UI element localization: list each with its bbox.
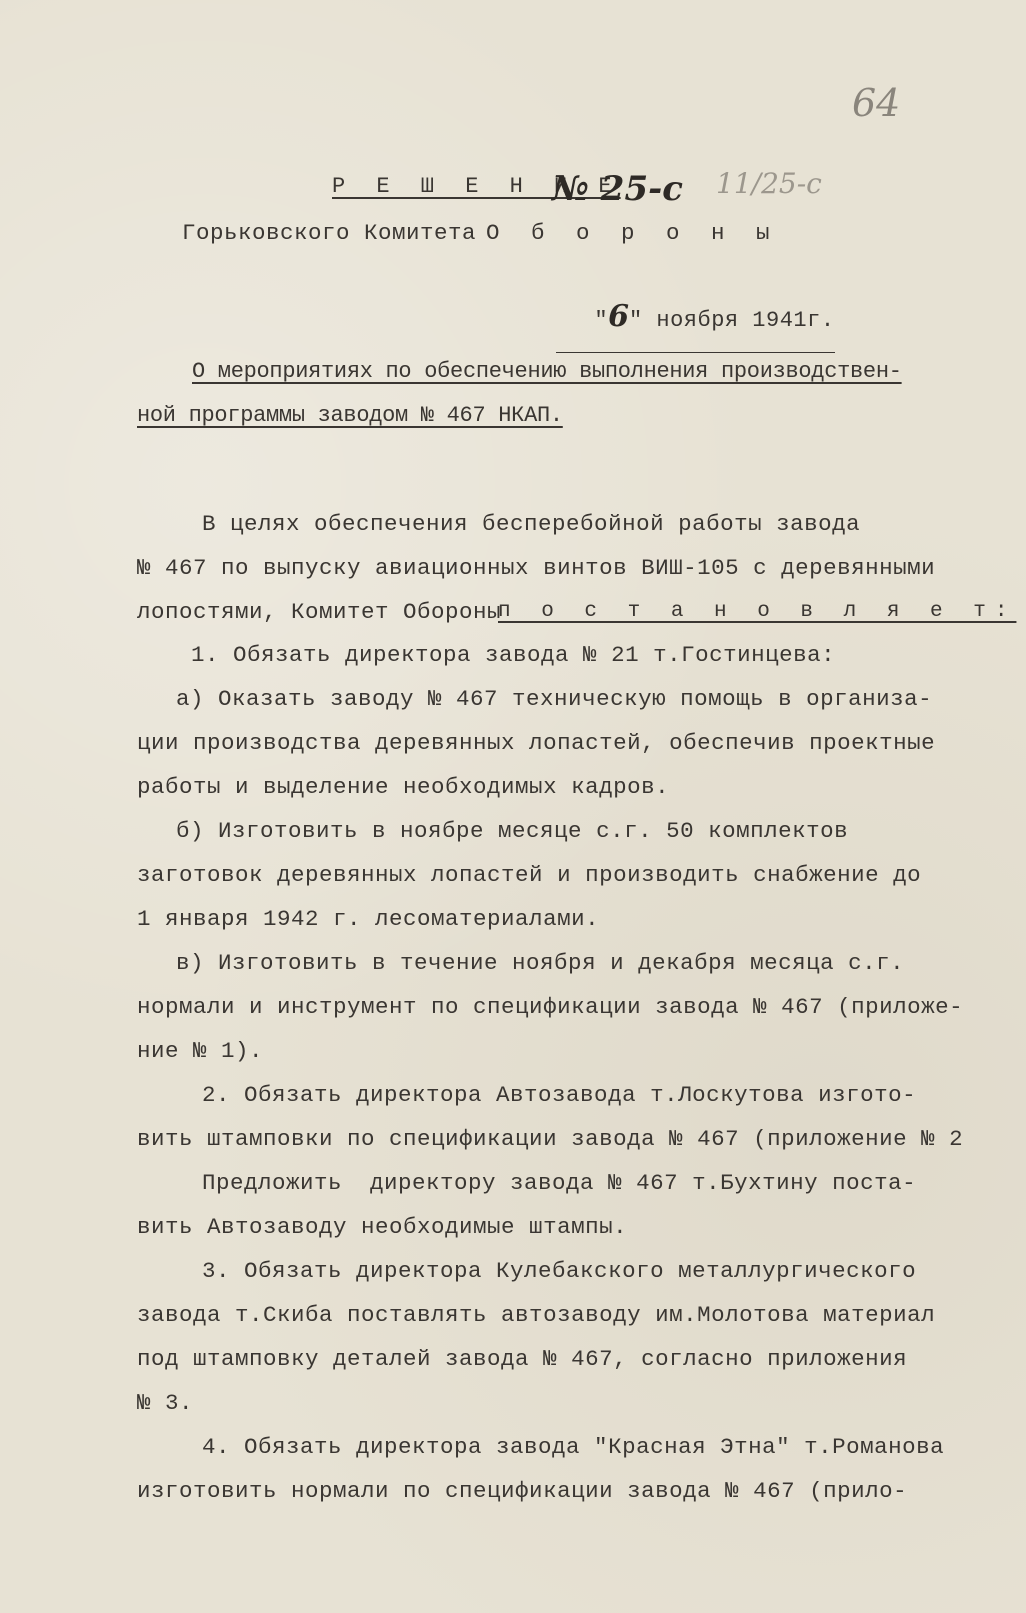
item-4: 4. Обязать директора завода "Красная Этн… [202, 1436, 944, 1459]
item-3: 3. Обязать директора Кулебакского металл… [202, 1260, 916, 1283]
body-line: вить Автозаводу необходимые штампы. [137, 1216, 627, 1239]
body-line: завода т.Скиба поставлять автозаводу им.… [137, 1304, 935, 1327]
subject-line-1: О мероприятиях по обеспечению выполнения… [192, 361, 902, 383]
issuer-line: Горьковского Комитета [182, 222, 476, 245]
document-date: "6" ноября 1941г. [556, 284, 835, 353]
body-line: лопостями, Комитет Обороны [137, 601, 501, 624]
body-line: изготовить нормали по спецификации завод… [137, 1480, 907, 1503]
body-line: работы и выделение необходимых кадров. [137, 776, 669, 799]
body-line: ции производства деревянных лопастей, об… [137, 732, 935, 755]
body-line: ние № 1). [137, 1040, 263, 1063]
body-line: № 3. [137, 1392, 193, 1415]
document-page: 64 Р Е Ш Е Н И Е № 25-с 11/25-с Горьковс… [0, 0, 1026, 1613]
decision-number-faint: 11/25-с [716, 170, 822, 198]
body-line: нормали и инструмент по спецификации зав… [137, 996, 963, 1019]
item-2: 2. Обязать директора Автозавода т.Лоскут… [202, 1084, 916, 1107]
issuer-line-spaced: О б о р о н ы [486, 222, 779, 245]
item-1a: а) Оказать заводу № 467 техническую помо… [176, 688, 932, 711]
item-1b: б) Изготовить в ноябре месяце с.г. 50 ко… [176, 820, 848, 843]
resolves-word: п о с т а н о в л я е т: [498, 601, 1016, 622]
subject-line-2: ной программы заводом № 467 НКАП. [137, 405, 563, 427]
body-line: № 467 по выпуску авиационных винтов ВИШ-… [137, 557, 935, 580]
date-quote-open: " [594, 308, 608, 333]
body-line: заготовок деревянных лопастей и производ… [137, 864, 921, 887]
item-1c: в) Изготовить в течение ноября и декабря… [176, 952, 904, 975]
date-day-handwritten: 6 [608, 299, 629, 334]
date-month-year: " ноября 1941г. [629, 308, 835, 333]
body-line: 1 января 1942 г. лесоматериалами. [137, 908, 599, 931]
page-number-handwritten: 64 [852, 84, 900, 122]
item-1: 1. Обязать директора завода № 21 т.Гости… [191, 644, 835, 667]
body-line: Предложить директору завода № 467 т.Бухт… [202, 1172, 916, 1195]
body-line: В целях обеспечения бесперебойной работы… [202, 513, 860, 536]
body-line: вить штамповки по спецификации завода № … [137, 1128, 963, 1151]
decision-number-handwritten: № 25-с [552, 172, 683, 206]
body-line: под штамповку деталей завода № 467, согл… [137, 1348, 907, 1371]
